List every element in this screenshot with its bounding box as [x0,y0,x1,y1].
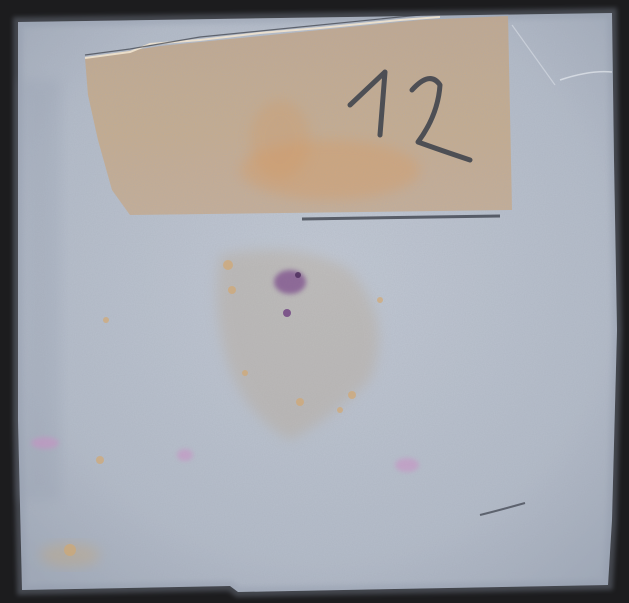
paper-shadow-left [20,80,60,500]
hinge-stain [250,100,310,180]
paper-stain [40,543,100,567]
stamp-back-photo [0,0,629,603]
